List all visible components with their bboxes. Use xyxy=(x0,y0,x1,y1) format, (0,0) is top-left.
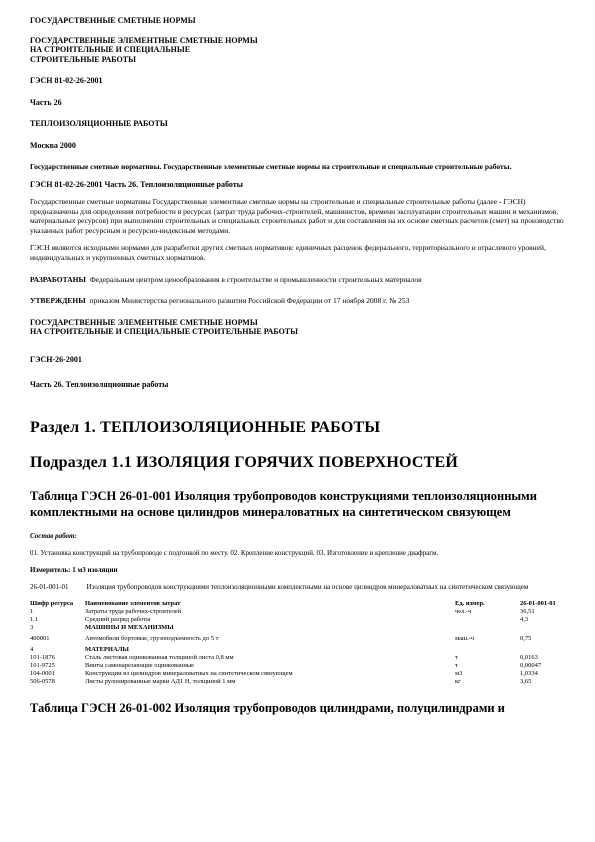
norm-name: Изоляция трубопроводов конструкциями теп… xyxy=(87,583,529,591)
table-row: 1.1 Средний разряд работы 4,3 xyxy=(30,616,565,624)
resource-name: Сталь листовая оцинкованная толщиной лис… xyxy=(85,654,455,662)
doc-code-part-line: ГЭСН 81-02-26-2001 Часть 26. Теплоизоляц… xyxy=(30,180,565,190)
doc-paragraph-1: Государственные сметные нормативы Госуда… xyxy=(30,197,565,235)
resource-table: Шифр ресурса Наименование элементов затр… xyxy=(30,600,565,686)
developed-label: РАЗРАБОТАНЫ xyxy=(30,275,86,284)
resource-code: 506-0578 xyxy=(30,678,85,686)
doc-code: ГЭСН 81-02-26-2001 xyxy=(30,76,565,86)
table-row: 101-9725 Винты самонарезающие оцинкованн… xyxy=(30,662,565,670)
resource-code: 101-1876 xyxy=(30,654,85,662)
doc-developed-line: РАЗРАБОТАНЫФедеральным центром ценообраз… xyxy=(30,275,565,285)
approved-text: приказом Министерства регионального разв… xyxy=(90,296,410,305)
doc-code-short: ГЭСН-26-2001 xyxy=(30,355,565,365)
resource-name: Винты самонарезающие оцинкованные xyxy=(85,662,455,670)
resource-code: 4 xyxy=(30,646,85,654)
measure-line: Измеритель: 1 м3 изоляции xyxy=(30,566,565,575)
col-header-code: Шифр ресурса xyxy=(30,600,85,608)
resource-value: 36,51 xyxy=(520,608,565,616)
resource-name: Средний разряд работы xyxy=(85,616,455,624)
resource-value: 0,00047 xyxy=(520,662,565,670)
section-subheading: Подраздел 1.1 ИЗОЛЯЦИЯ ГОРЯЧИХ ПОВЕРХНОС… xyxy=(30,453,565,472)
doc-norms-title: ГОСУДАРСТВЕННЫЕ ЭЛЕМЕНТНЫЕ СМЕТНЫЕ НОРМЫ… xyxy=(30,318,565,337)
table-row: 1 Затраты труда рабочих-строителей чел.-… xyxy=(30,608,565,616)
resource-unit: т xyxy=(455,654,520,662)
resource-name: Затраты труда рабочих-строителей xyxy=(85,608,455,616)
doc-title-line-2: НА СТРОИТЕЛЬНЫЕ И СПЕЦИАЛЬНЫЕ xyxy=(30,45,565,55)
norm-code: 26-01-001-01 xyxy=(30,583,69,591)
doc-subject: ТЕПЛОИЗОЛЯЦИОННЫЕ РАБОТЫ xyxy=(30,119,565,129)
doc-paragraph-2: ГЭСН являются исходными нормами для разр… xyxy=(30,243,565,262)
table2-title: Таблица ГЭСН 26-01-002 Изоляция трубопро… xyxy=(30,700,565,716)
doc-part-line: Часть 26. Теплоизоляционные работы xyxy=(30,380,565,390)
doc-title-line-3: СТРОИТЕЛЬНЫЕ РАБОТЫ xyxy=(30,55,565,65)
resource-unit xyxy=(455,624,520,632)
resource-unit: кг xyxy=(455,678,520,686)
table-row: 506-0578 Листы рулонированные марки АД1 … xyxy=(30,678,565,686)
resource-code: 1 xyxy=(30,608,85,616)
table-row: 400001 Автомобили бортовые, грузоподъемн… xyxy=(30,635,565,643)
section-heading: Раздел 1. ТЕПЛОИЗОЛЯЦИОННЫЕ РАБОТЫ xyxy=(30,418,565,437)
resource-table-header: Шифр ресурса Наименование элементов затр… xyxy=(30,600,565,608)
resource-unit xyxy=(455,646,520,654)
resource-code: 101-9725 xyxy=(30,662,85,670)
doc-city-year: Москва 2000 xyxy=(30,141,565,151)
resource-value: 4,3 xyxy=(520,616,565,624)
col-header-name: Наименование элементов затрат xyxy=(85,600,455,608)
resource-unit: м3 xyxy=(455,670,520,678)
resource-name: МАШИНЫ И МЕХАНИЗМЫ xyxy=(85,624,455,632)
table1-title: Таблица ГЭСН 26-01-001 Изоляция трубопро… xyxy=(30,488,565,520)
col-header-value: 26-01-001-01 xyxy=(520,600,565,608)
document-page: ГОСУДАРСТВЕННЫЕ СМЕТНЫЕ НОРМЫ ГОСУДАРСТВ… xyxy=(0,0,595,842)
resource-code: 3 xyxy=(30,624,85,632)
doc-title: ГОСУДАРСТВЕННЫЕ ЭЛЕМЕНТНЫЕ СМЕТНЫЕ НОРМЫ… xyxy=(30,36,565,65)
resource-code: 104-0001 xyxy=(30,670,85,678)
doc-approved-line: УТВЕРЖДЕНЫприказом Министерства регионал… xyxy=(30,296,565,306)
table-row: 4 МАТЕРИАЛЫ xyxy=(30,646,565,654)
resource-code: 1.1 xyxy=(30,616,85,624)
norm-line: 26-01-001-01Изоляция трубопроводов конст… xyxy=(30,583,565,592)
doc-part: Часть 26 xyxy=(30,98,565,108)
resource-table-body: 1 Затраты труда рабочих-строителей чел.-… xyxy=(30,608,565,686)
doc-norms-title-line-1: ГОСУДАРСТВЕННЫЕ ЭЛЕМЕНТНЫЕ СМЕТНЫЕ НОРМЫ xyxy=(30,318,565,328)
doc-kicker: ГОСУДАРСТВЕННЫЕ СМЕТНЫЕ НОРМЫ xyxy=(30,16,565,26)
developed-text: Федеральным центром ценообразования в ст… xyxy=(90,275,422,284)
table-row: 3 МАШИНЫ И МЕХАНИЗМЫ xyxy=(30,624,565,632)
resource-name: Автомобили бортовые, грузоподъемность до… xyxy=(85,635,455,643)
resource-name: Листы рулонированные марки АД1 Н, толщин… xyxy=(85,678,455,686)
works-text: 01. Установка конструкций на трубопровод… xyxy=(30,549,565,558)
table-row: 104-0001 Конструкции из цилиндров минера… xyxy=(30,670,565,678)
col-header-unit: Ед. измер. xyxy=(455,600,520,608)
doc-annotation: Государственные сметные нормативы. Госуд… xyxy=(30,162,565,172)
resource-value xyxy=(520,646,565,654)
resource-value: 3,65 xyxy=(520,678,565,686)
resource-value xyxy=(520,624,565,632)
resource-name: МАТЕРИАЛЫ xyxy=(85,646,455,654)
resource-value: 0,75 xyxy=(520,635,565,643)
resource-name: Конструкции из цилиндров минераловатных … xyxy=(85,670,455,678)
table-row: 101-1876 Сталь листовая оцинкованная тол… xyxy=(30,654,565,662)
doc-norms-title-line-2: НА СТРОИТЕЛЬНЫЕ И СПЕЦИАЛЬНЫЕ СТРОИТЕЛЬН… xyxy=(30,327,565,337)
resource-unit xyxy=(455,616,520,624)
resource-value: 1,0334 xyxy=(520,670,565,678)
resource-unit: т xyxy=(455,662,520,670)
resource-value: 0,0163 xyxy=(520,654,565,662)
approved-label: УТВЕРЖДЕНЫ xyxy=(30,296,86,305)
resource-unit: маш.-ч xyxy=(455,635,520,643)
resource-code: 400001 xyxy=(30,635,85,643)
works-label: Состав работ: xyxy=(30,532,565,541)
doc-title-line-1: ГОСУДАРСТВЕННЫЕ ЭЛЕМЕНТНЫЕ СМЕТНЫЕ НОРМЫ xyxy=(30,36,565,46)
resource-unit: чел.-ч xyxy=(455,608,520,616)
